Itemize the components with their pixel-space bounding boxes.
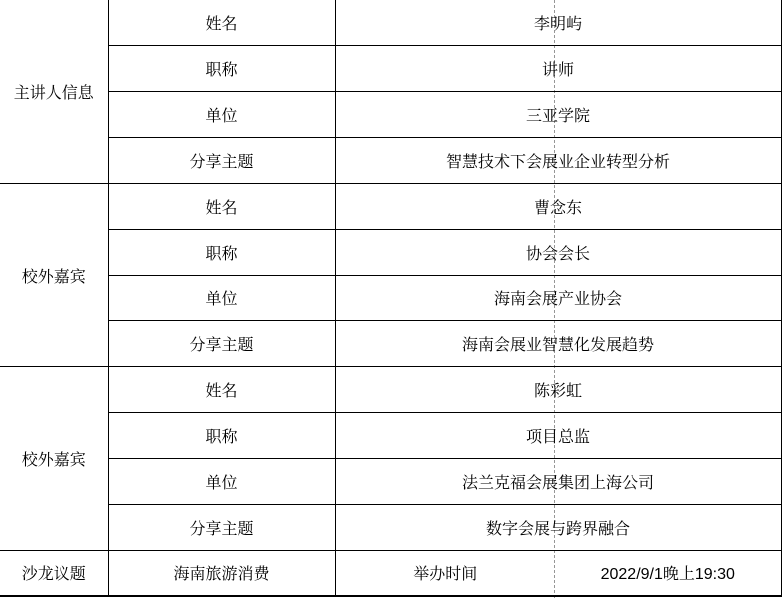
field-value-cell: 讲师 xyxy=(335,46,781,92)
field-label-cell: 分享主题 xyxy=(108,138,335,184)
field-label-cell: 职称 xyxy=(108,413,335,459)
table-row: 职称 项目总监 xyxy=(0,413,781,459)
speaker-schedule-table: 主讲人信息 姓名 李明屿 职称 讲师 单位 三亚学院 分享主题 智慧技术下会展业… xyxy=(0,0,782,597)
field-value-cell: 三亚学院 xyxy=(335,92,781,138)
field-value-cell: 曹念东 xyxy=(335,183,781,229)
document-page: 主讲人信息 姓名 李明屿 职称 讲师 单位 三亚学院 分享主题 智慧技术下会展业… xyxy=(0,0,782,598)
field-label-cell: 职称 xyxy=(108,229,335,275)
field-label-cell: 姓名 xyxy=(108,183,335,229)
field-value-cell: 法兰克福会展集团上海公司 xyxy=(335,458,781,504)
category-cell-external-guest-1: 校外嘉宾 xyxy=(0,183,108,366)
field-label-cell: 姓名 xyxy=(108,367,335,413)
table-row: 单位 海南会展产业协会 xyxy=(0,275,781,321)
table-row: 分享主题 海南会展业智慧化发展趋势 xyxy=(0,321,781,367)
table-row: 沙龙议题 海南旅游消费 举办时间 2022/9/1晚上19:30 xyxy=(0,550,781,596)
category-cell-external-guest-2: 校外嘉宾 xyxy=(0,367,108,550)
field-value-cell: 海南会展业智慧化发展趋势 xyxy=(335,321,781,367)
field-label-cell: 分享主题 xyxy=(108,321,335,367)
table-row: 职称 协会会长 xyxy=(0,229,781,275)
field-label-cell: 单位 xyxy=(108,92,335,138)
table-row: 单位 三亚学院 xyxy=(0,92,781,138)
table-row: 单位 法兰克福会展集团上海公司 xyxy=(0,458,781,504)
field-value-cell: 协会会长 xyxy=(335,229,781,275)
field-label-cell: 分享主题 xyxy=(108,504,335,550)
field-label-cell: 姓名 xyxy=(108,0,335,46)
table-row: 职称 讲师 xyxy=(0,46,781,92)
event-time-value-cell: 2022/9/1晚上19:30 xyxy=(555,550,781,596)
salon-topic-value-cell: 海南旅游消费 xyxy=(108,550,335,596)
table-row: 校外嘉宾 姓名 曹念东 xyxy=(0,183,781,229)
field-value-cell: 李明屿 xyxy=(335,0,781,46)
table-row: 分享主题 智慧技术下会展业企业转型分析 xyxy=(0,138,781,184)
table-row: 分享主题 数字会展与跨界融合 xyxy=(0,504,781,550)
field-value-cell: 陈彩虹 xyxy=(335,367,781,413)
table-row: 主讲人信息 姓名 李明屿 xyxy=(0,0,781,46)
category-cell-speaker-info: 主讲人信息 xyxy=(0,0,108,183)
field-value-cell: 项目总监 xyxy=(335,413,781,459)
field-value-cell: 数字会展与跨界融合 xyxy=(335,504,781,550)
event-time-label-cell: 举办时间 xyxy=(335,550,555,596)
field-value-cell: 智慧技术下会展业企业转型分析 xyxy=(335,138,781,184)
field-label-cell: 职称 xyxy=(108,46,335,92)
field-value-cell: 海南会展产业协会 xyxy=(335,275,781,321)
category-cell-salon-topic: 沙龙议题 xyxy=(0,550,108,596)
field-label-cell: 单位 xyxy=(108,275,335,321)
field-label-cell: 单位 xyxy=(108,458,335,504)
table-row: 校外嘉宾 姓名 陈彩虹 xyxy=(0,367,781,413)
